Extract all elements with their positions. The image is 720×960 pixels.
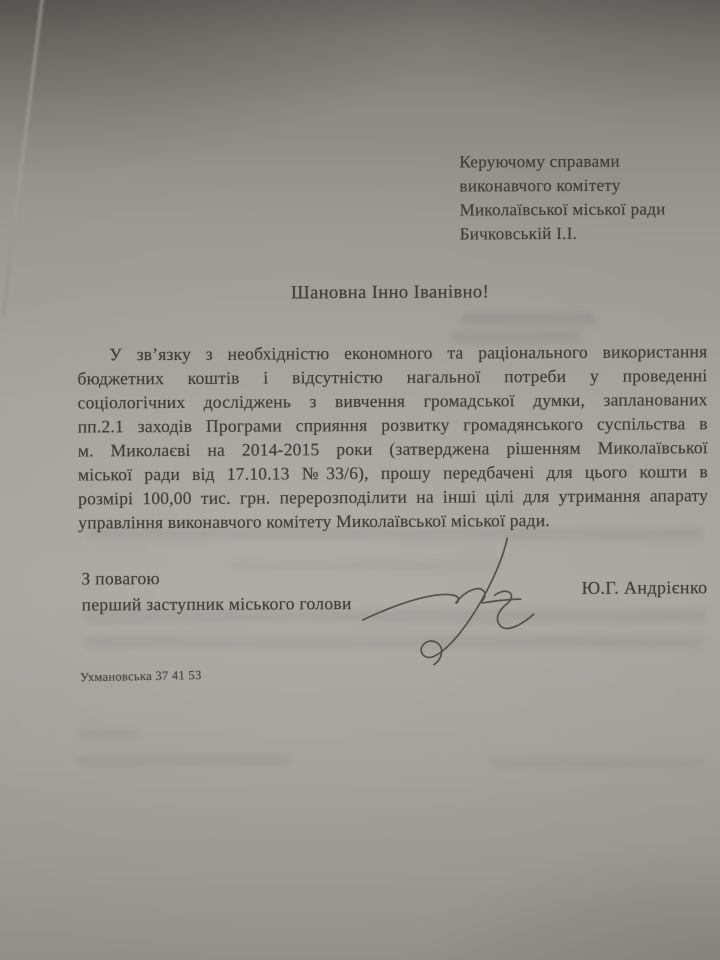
body-line: бюджетних коштів і відсутністю нагальної… [77,363,707,390]
recipient-block: Керуючому справами виконавчого комітету … [459,149,694,246]
signer-name: Ю.Г. Андрієнко [556,577,708,599]
closing-line: З повагою [81,564,351,591]
body-line: соціологічних досліджень з вивчення гром… [78,387,708,414]
letter-content: Керуючому справами виконавчого комітету … [0,0,720,960]
body-line: розмірі 100,00 тис. грн. перерозподілити… [78,483,708,510]
body-line: пп.2.1 заходів Програми сприяння розвитк… [78,411,708,438]
body-line: управління виконавчого комітету Миколаїв… [78,507,708,534]
footer-note: Ухмановська 37 41 53 [80,668,202,685]
recipient-line: Керуючому справами [459,149,694,174]
body-line: У зв’язку з необхідністю економного та р… [77,339,707,366]
recipient-line: Миколаївської міської ради [460,197,695,222]
body-line: міської ради від 17.10.13 №33/6), прошу … [78,459,708,486]
letter-photo: Керуючому справами виконавчого комітету … [0,0,720,960]
signature-ink [356,535,543,670]
body-paragraph: У зв’язку з необхідністю економного та р… [77,339,708,534]
closing-block: З повагою перший заступник міського голо… [81,564,351,617]
closing-line: перший заступник міського голови [82,590,352,617]
salutation: Шановна Інно Іванівно! [291,282,489,304]
recipient-line: Бичковській І.І. [460,221,695,246]
body-line: м. Миколаєві на 2014-2015 роки (затвердж… [78,435,708,462]
recipient-line: виконавчого комітету [459,173,694,198]
